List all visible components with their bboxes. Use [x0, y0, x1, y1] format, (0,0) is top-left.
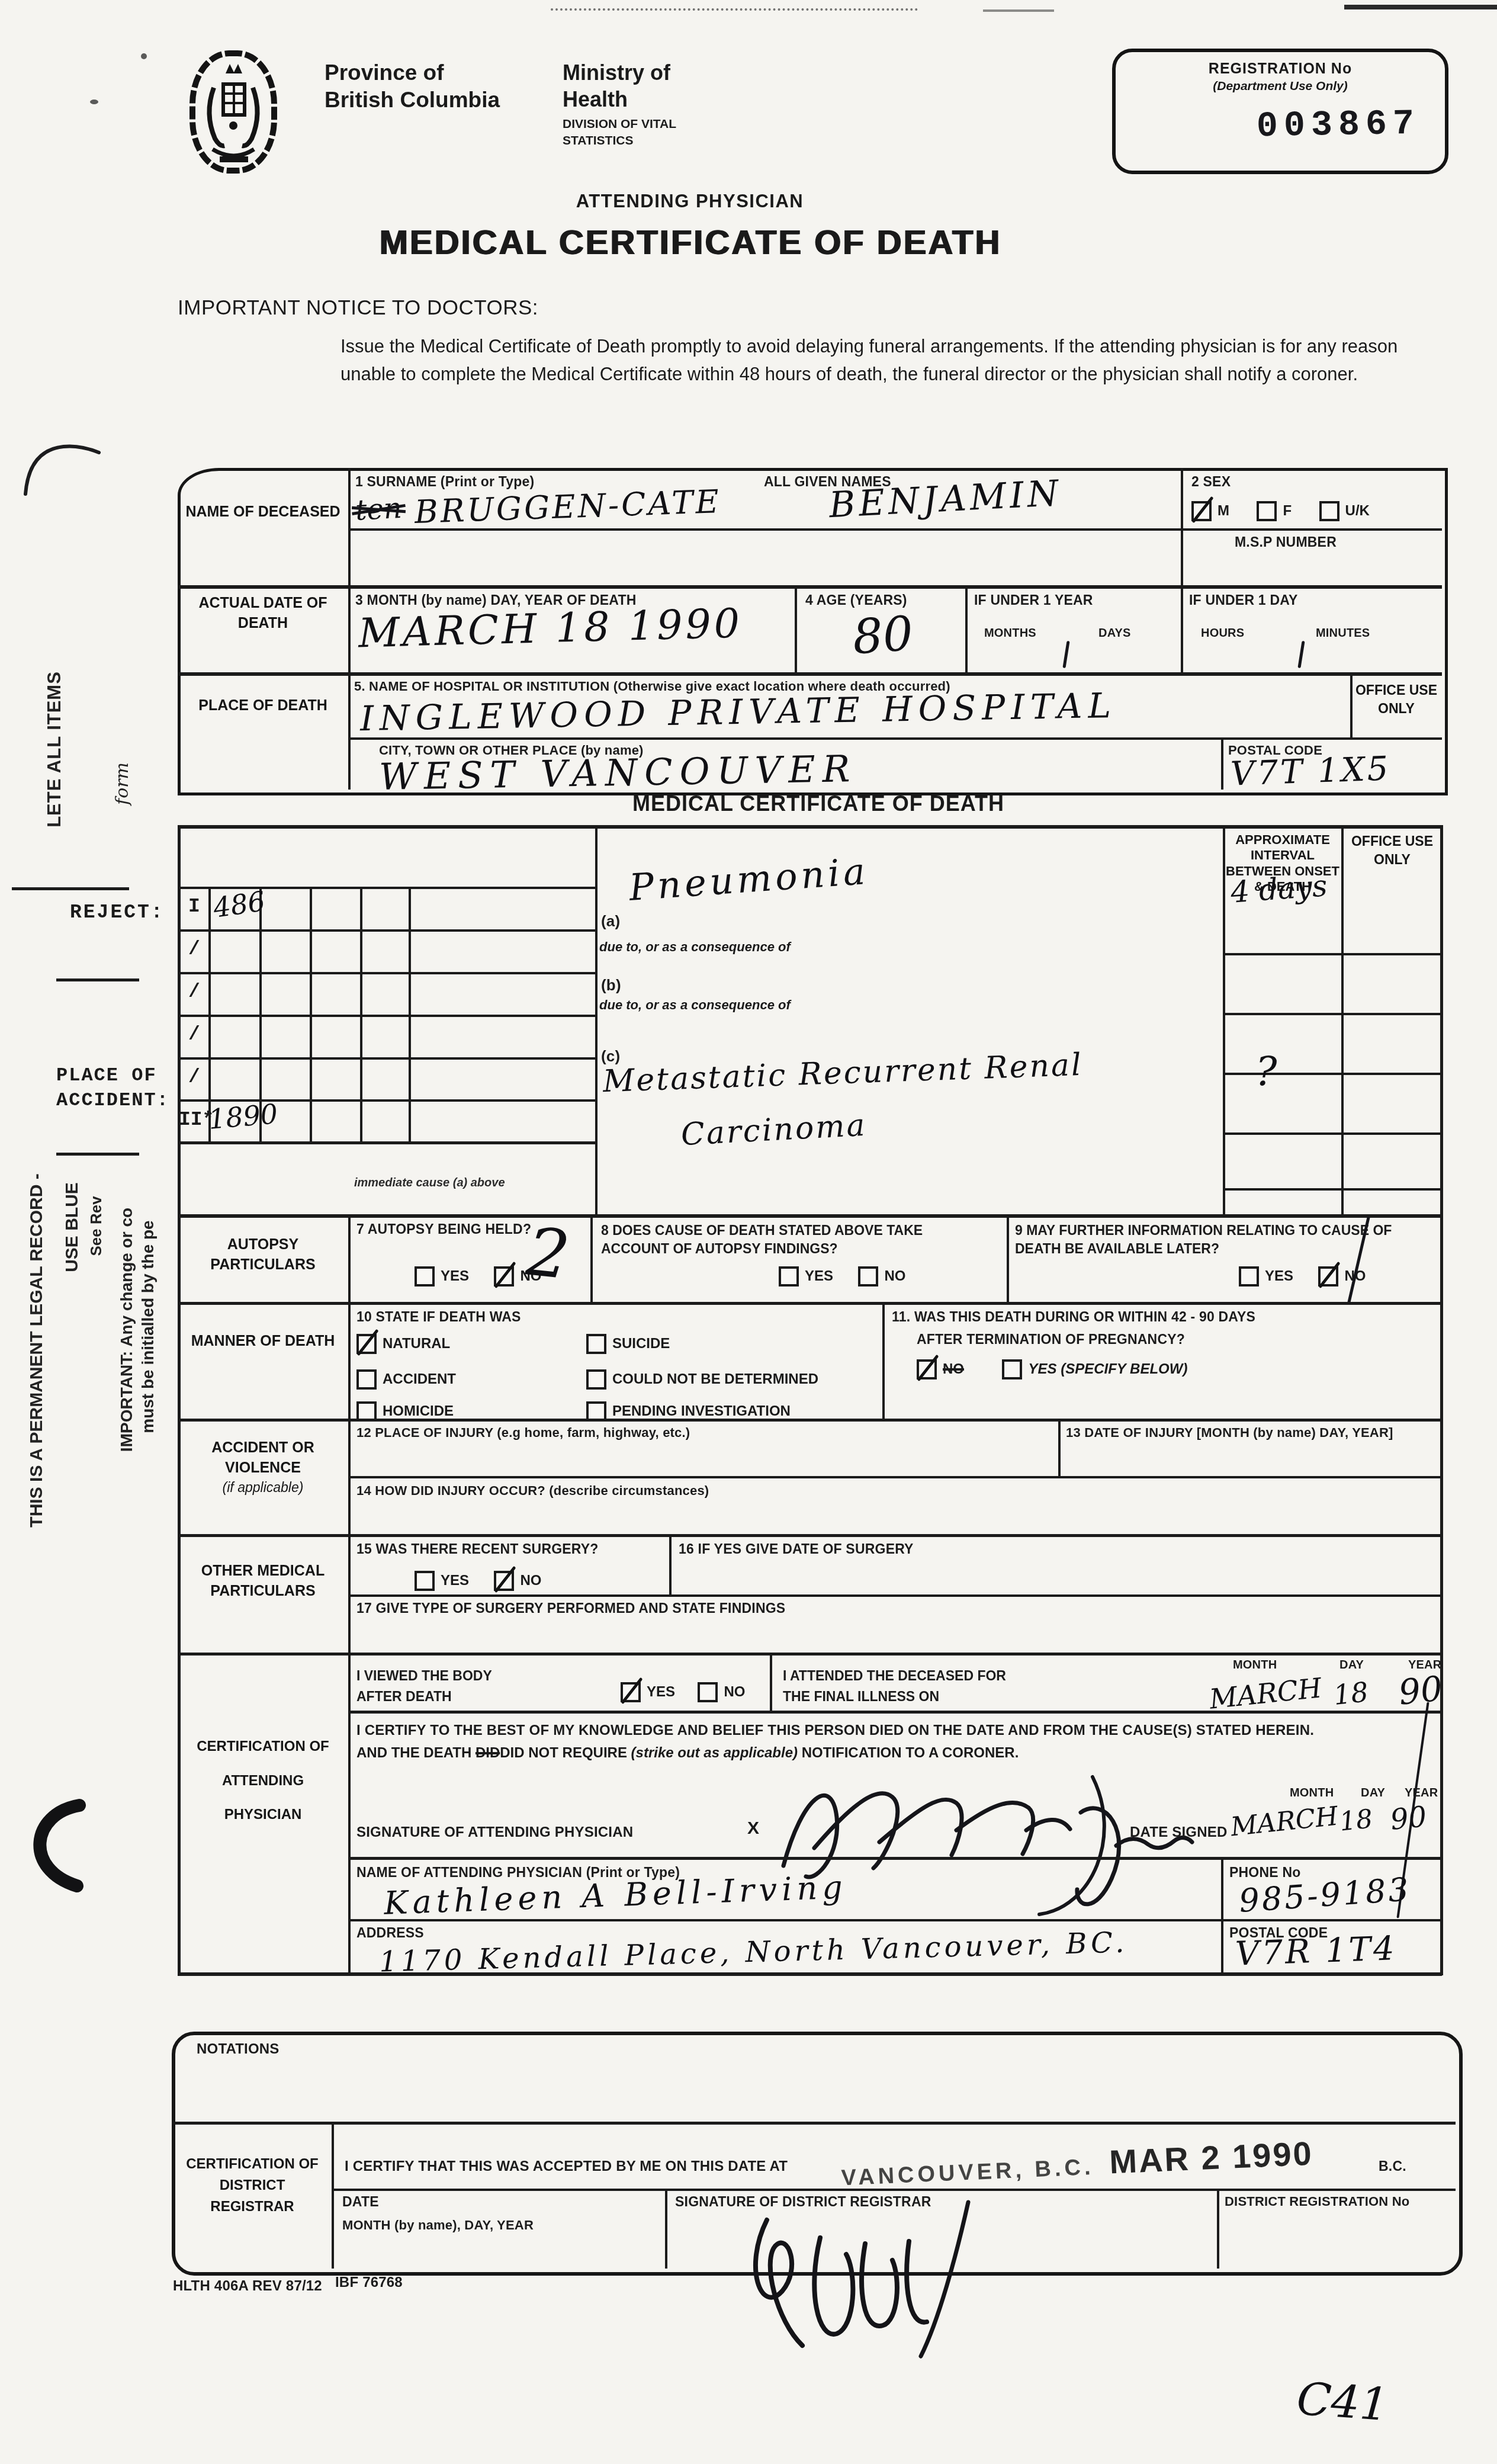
surname-struck-word: ten [355, 492, 403, 527]
registrar-date-sub: MONTH (by name), DAY, YEAR [342, 2218, 534, 2233]
notice-heading: IMPORTANT NOTICE TO DOCTORS: [178, 296, 538, 320]
q8-options: YES NO [779, 1266, 905, 1286]
attended-day-header: DAY [1339, 1658, 1364, 1672]
sex-uk-label: U/K [1345, 503, 1370, 519]
viewed-yes-checkbox [621, 1682, 641, 1702]
sex-m-label: M [1217, 503, 1229, 519]
section-label-place: PLACE OF DEATH [184, 696, 342, 716]
q15-yes-label: YES [441, 1573, 469, 1589]
q9-yes-checkbox [1239, 1266, 1259, 1286]
attended-year-value: 90 [1397, 1668, 1445, 1712]
q11-yes-checkbox [1002, 1359, 1022, 1379]
registration-label: REGISTRATION No [1116, 60, 1445, 78]
attended-month-header: MONTH [1233, 1658, 1277, 1672]
registrar-date-label: DATE [342, 2194, 379, 2210]
certify-2b: DID NOT REQUIRE [500, 1745, 627, 1761]
form-line [1221, 1857, 1223, 1975]
form-line [178, 1214, 1442, 1218]
cause-b-label: (b) [601, 976, 621, 994]
title-block: ATTENDING PHYSICIAN MEDICAL CERTIFICATE … [0, 191, 1380, 262]
q15-no-label: NO [520, 1573, 541, 1589]
bc-label: B.C. [1379, 2158, 1406, 2174]
form-line [348, 528, 1442, 531]
q15-yes-checkbox [415, 1571, 435, 1591]
margin-see-rev: See Rev [87, 1196, 105, 1256]
q7-no-checkbox [494, 1266, 514, 1286]
q10-undetermined-label: COULD NOT BE DETERMINED [612, 1371, 818, 1387]
due-to-b: due to, or as a consequence of [599, 997, 791, 1013]
days-label: DAYS [1098, 627, 1131, 640]
form-line [1181, 468, 1183, 585]
minutes-label: MINUTES [1316, 627, 1370, 640]
sex-uk-checkbox [1319, 501, 1339, 521]
reject-line-bottom [56, 978, 139, 981]
q7-label: 7 AUTOPSY BEING HELD? [356, 1221, 531, 1237]
q16-label: 16 IF YES GIVE DATE OF SURGERY [679, 1541, 914, 1557]
form-line [178, 1972, 1442, 1976]
q10-option-natural: NATURAL [356, 1334, 450, 1354]
registrar-certify-label: I CERTIFY THAT THIS WAS ACCEPTED BY ME O… [345, 2158, 788, 2175]
registration-sublabel: (Department Use Only) [1116, 79, 1445, 94]
form-line [178, 1302, 1442, 1305]
section-label-certification: CERTIFICATION OF ATTENDING PHYSICIAN [184, 1730, 342, 1832]
certify-2a: AND THE DEATH [356, 1745, 471, 1761]
q7-yes-label: YES [441, 1268, 469, 1284]
pen-mark-crescent [13, 1798, 96, 1893]
interval-a-value: 4 days [1229, 868, 1328, 909]
division-label: DIVISION OF VITAL STATISTICS [563, 116, 699, 150]
q10-option-accident: ACCIDENT [356, 1369, 456, 1390]
form-line [178, 585, 1442, 589]
q8-label: 8 DOES CAUSE OF DEATH STATED ABOVE TAKE … [601, 1221, 933, 1258]
scan-noise-dashes [551, 8, 918, 11]
msp-label: M.S.P NUMBER [1235, 534, 1337, 550]
signature-x-mark: X [747, 1818, 759, 1839]
grid-line [310, 887, 312, 1144]
grid-line [178, 1015, 595, 1017]
form-line [1440, 825, 1443, 1975]
print-code: IBF 76768 [335, 2274, 403, 2291]
cause-a-label: (a) [601, 912, 620, 931]
district-registration-label: DISTRICT REGISTRATION No [1225, 2194, 1409, 2209]
q15-options: YES NO [415, 1571, 541, 1591]
q11-label-line1: 11. WAS THIS DEATH DURING OR WITHIN 42 -… [892, 1309, 1255, 1325]
postal-value: V7T 1X5 [1230, 749, 1391, 793]
section-label-date: ACTUAL DATE OF DEATH [184, 593, 342, 634]
q15-label: 15 WAS THERE RECENT SURGERY? [356, 1541, 599, 1557]
q10-label: 10 STATE IF DEATH WAS [356, 1309, 521, 1325]
postal2-value: V7R 1T4 [1235, 1929, 1398, 1973]
accident-label-sub: (if applicable) [184, 1478, 342, 1497]
form-line [172, 2122, 1456, 2125]
margin-form-word: form [112, 762, 133, 805]
form-line [1223, 1013, 1442, 1015]
signed-day-value: 18 [1338, 1804, 1374, 1837]
sex-options: M F U/K [1191, 501, 1370, 521]
registration-number: 003867 [1256, 104, 1420, 147]
signed-month-value: MARCH [1229, 1801, 1339, 1843]
margin-permanent-record: THIS IS A PERMANENT LEGAL RECORD - [27, 1173, 47, 1527]
age-label: 4 AGE (YEARS) [805, 592, 907, 608]
sex-m-checkbox [1191, 501, 1212, 521]
section-label-manner: MANNER OF DEATH [184, 1332, 342, 1352]
registrar-signature [731, 2184, 1010, 2362]
form-line [348, 1857, 1442, 1860]
form-line [595, 825, 597, 1214]
cause-c-value-line2: Carcinoma [680, 1108, 868, 1153]
reject-label: REJECT: [70, 901, 165, 923]
form-line [178, 825, 181, 1975]
address-label: ADDRESS [356, 1925, 424, 1941]
form-line [1223, 1132, 1442, 1135]
certificate-section-title: MEDICAL CERTIFICATE OF DEATH [632, 791, 1004, 816]
form-line [882, 1302, 885, 1419]
accident-label-main: ACCIDENT OR VIOLENCE [184, 1438, 342, 1478]
form-line [178, 1653, 1442, 1655]
reject-code-row: / [181, 938, 207, 960]
q10-natural-checkbox [356, 1334, 377, 1354]
form-line [178, 1419, 1442, 1422]
form-line [795, 585, 797, 672]
scan-noise-dot2 [90, 100, 98, 104]
q11-no-label: NO [943, 1361, 964, 1377]
q9-no-checkbox [1318, 1266, 1338, 1286]
months-label: MONTHS [984, 627, 1036, 640]
address-value: 1170 Kendall Place, North Vancouver, BC. [378, 1926, 1128, 1978]
form-line [1223, 953, 1442, 955]
grid-line [409, 887, 411, 1144]
scan-noise-dash-short [983, 9, 1054, 12]
ministry-name: Ministry of Health [563, 59, 670, 113]
section-label-accident: ACCIDENT OR VIOLENCE (if applicable) [184, 1438, 342, 1497]
form-number: HLTH 406A REV 87/12 [173, 2278, 322, 2295]
q11-label-line2: AFTER TERMINATION OF PREGNANCY? [917, 1332, 1185, 1347]
sex-f-label: F [1283, 503, 1292, 519]
form-line [590, 1214, 593, 1302]
section-label-registrar: CERTIFICATION OF DISTRICT REGISTRAR [178, 2154, 327, 2218]
margin-important-2: must be initialled by the pe [139, 1220, 158, 1433]
margin-complete-items: LETE ALL ITEMS [44, 671, 65, 827]
signature-label: SIGNATURE OF ATTENDING PHYSICIAN [356, 1824, 633, 1841]
form-line [1223, 1188, 1442, 1191]
sex-label: 2 SEX [1191, 474, 1231, 490]
grid-line [360, 887, 362, 1144]
form-line [332, 2122, 334, 2269]
place-of-accident-label: PLACE OF ACCIDENT: [56, 1063, 181, 1112]
q7-yes-checkbox [415, 1266, 435, 1286]
page-mark-c41: C41 [1295, 2372, 1390, 2431]
q10-natural-label: NATURAL [383, 1336, 450, 1352]
province-line1: Province of [325, 59, 500, 86]
due-to-a: due to, or as a consequence of [599, 939, 791, 955]
ministry-line1: Ministry of [563, 59, 670, 86]
q11-options: NO YES (SPECIFY BELOW) [917, 1359, 1187, 1379]
province-name: Province of British Columbia [325, 59, 500, 114]
form-line [348, 1711, 1442, 1714]
form-line [348, 1476, 1442, 1478]
q10-undetermined-checkbox [586, 1369, 606, 1390]
signed-month-header: MONTH [1290, 1786, 1334, 1800]
instruction-fragment: immediate cause (a) above [354, 1176, 505, 1190]
form-line [965, 585, 968, 672]
date-signed-label: DATE SIGNED [1130, 1824, 1227, 1841]
reject-value-486: 486 [211, 885, 267, 924]
viewed-yes-label: YES [647, 1684, 675, 1700]
q9-yes-label: YES [1265, 1268, 1293, 1284]
form-line [178, 672, 1442, 676]
interval-c-value: ? [1255, 1048, 1277, 1095]
reject-code-row: / [181, 981, 207, 1003]
viewed-options: YES NO [621, 1682, 745, 1702]
attending-physician-title: ATTENDING PHYSICIAN [0, 191, 1380, 212]
form-line [1217, 2189, 1219, 2269]
margin-important-1: IMPORTANT: Any change or co [117, 1208, 136, 1452]
q10-accident-label: ACCIDENT [383, 1371, 456, 1387]
reject-code-row: / [181, 1066, 207, 1088]
grid-line [178, 972, 595, 974]
q10-option-suicide: SUICIDE [586, 1334, 670, 1354]
hours-label: HOURS [1201, 627, 1244, 640]
grid-line [178, 1057, 595, 1060]
margin-use-blue: USE BLUE [62, 1182, 82, 1272]
viewed-no-label: NO [724, 1684, 745, 1700]
q8-yes-label: YES [805, 1268, 833, 1284]
surname-label: 1 SURNAME (Print or Type) [355, 474, 534, 490]
q13-label: 13 DATE OF INJURY [MONTH (by name) DAY, … [1066, 1425, 1393, 1440]
q10-suicide-checkbox [586, 1334, 606, 1354]
form-line [348, 1919, 1442, 1921]
form-line [665, 2189, 667, 2269]
q12-label: 12 PLACE OF INJURY (e.g home, farm, high… [356, 1425, 690, 1440]
signed-year-value: 90 [1389, 1800, 1428, 1837]
pen-mark-arc [21, 439, 104, 502]
form-line [1221, 737, 1223, 790]
q9-label: 9 MAY FURTHER INFORMATION RELATING TO CA… [1015, 1221, 1394, 1258]
q10-homicide-label: HOMICIDE [383, 1403, 454, 1419]
death-certificate-scan: Province of British Columbia Ministry of… [0, 0, 1497, 2464]
form-line [1058, 1419, 1061, 1476]
section-label-name: NAME OF DECEASED [184, 502, 342, 522]
form-line [1007, 1214, 1009, 1302]
province-line2: British Columbia [325, 86, 500, 114]
form-line [1350, 672, 1353, 737]
main-title: MEDICAL CERTIFICATE OF DEATH [0, 223, 1380, 262]
reject-line-top [12, 887, 129, 890]
reject-code-row: II* [179, 1109, 210, 1131]
grid-line [178, 929, 595, 932]
form-line [348, 737, 1442, 740]
q7-options: YES NO [415, 1266, 541, 1286]
bc-coat-of-arms-icon [187, 49, 280, 176]
q17-label: 17 GIVE TYPE OF SURGERY PERFORMED AND ST… [356, 1600, 785, 1616]
form-line [770, 1653, 772, 1711]
q11-yes-label: YES (SPECIFY BELOW) [1028, 1361, 1187, 1377]
q8-no-label: NO [884, 1268, 905, 1284]
reject-code-row: / [181, 1024, 207, 1045]
reject-value-1890: 1890 [207, 1098, 279, 1135]
form-line [669, 1534, 672, 1594]
q10-accident-checkbox [356, 1369, 377, 1390]
form-line [348, 1594, 1442, 1597]
section-label-autopsy: AUTOPSY PARTICULARS [184, 1235, 342, 1275]
sex-f-checkbox [1257, 501, 1277, 521]
cause-c-value-line1: Metastatic Recurrent Renal [602, 1047, 1083, 1099]
q7-handwritten-2: 2 [523, 1214, 573, 1295]
phone-label: PHONE No [1229, 1865, 1300, 1881]
notice-body: Issue the Medical Certificate of Death p… [340, 333, 1412, 388]
office-use-header: OFFICE USE ONLY [1345, 832, 1439, 869]
q14-label: 14 HOW DID INJURY OCCUR? (describe circu… [356, 1483, 709, 1499]
scan-noise-bar [1344, 5, 1497, 9]
certify-did-struck: DID [476, 1745, 500, 1761]
place-of-accident-line [56, 1153, 139, 1156]
grid-line [178, 1141, 595, 1144]
q9-options: YES NO [1239, 1266, 1366, 1286]
city-value: WEST VANCOUVER [378, 747, 857, 798]
form-line [1181, 585, 1183, 672]
attended-day-value: 18 [1332, 1676, 1370, 1711]
signed-day-header: DAY [1361, 1786, 1385, 1800]
signed-year-header: YEAR [1405, 1786, 1438, 1800]
under-year-label: IF UNDER 1 YEAR [974, 592, 1093, 608]
scan-noise-dot [141, 53, 147, 59]
section-label-other-medical: OTHER MEDICAL PARTICULARS [184, 1561, 342, 1602]
form-line [178, 1534, 1442, 1537]
reject-code-row: I [181, 896, 207, 917]
viewed-body-label: I VIEWED THE BODY AFTER DEATH [356, 1666, 522, 1706]
q10-option-undetermined: COULD NOT BE DETERMINED [586, 1369, 818, 1390]
form-line [348, 468, 351, 790]
office-use-only-top: OFFICE USE ONLY [1355, 681, 1438, 718]
age-value: 80 [851, 606, 915, 665]
registration-box: REGISTRATION No (Department Use Only) 00… [1112, 49, 1448, 174]
q8-no-checkbox [858, 1266, 878, 1286]
viewed-no-checkbox [698, 1682, 718, 1702]
q11-no-checkbox [917, 1359, 937, 1379]
q10-suicide-label: SUICIDE [612, 1336, 670, 1352]
q8-yes-checkbox [779, 1266, 799, 1286]
notations-label: NOTATIONS [197, 2041, 280, 2058]
form-line [1341, 825, 1344, 1214]
q15-no-checkbox [494, 1571, 514, 1591]
attended-label: I ATTENDED THE DECEASED FOR THE FINAL IL… [783, 1666, 1020, 1706]
q10-pending-label: PENDING INVESTIGATION [612, 1403, 791, 1419]
certify-statement-line1: I CERTIFY TO THE BEST OF MY KNOWLEDGE AN… [356, 1722, 1314, 1739]
cause-a-value: Pneumonia [628, 849, 870, 909]
form-line [178, 825, 1442, 829]
ministry-line2: Health [563, 86, 670, 113]
form-line [1223, 825, 1225, 1214]
under-day-label: IF UNDER 1 DAY [1189, 592, 1297, 608]
attended-month-value: MARCH [1208, 1671, 1323, 1715]
